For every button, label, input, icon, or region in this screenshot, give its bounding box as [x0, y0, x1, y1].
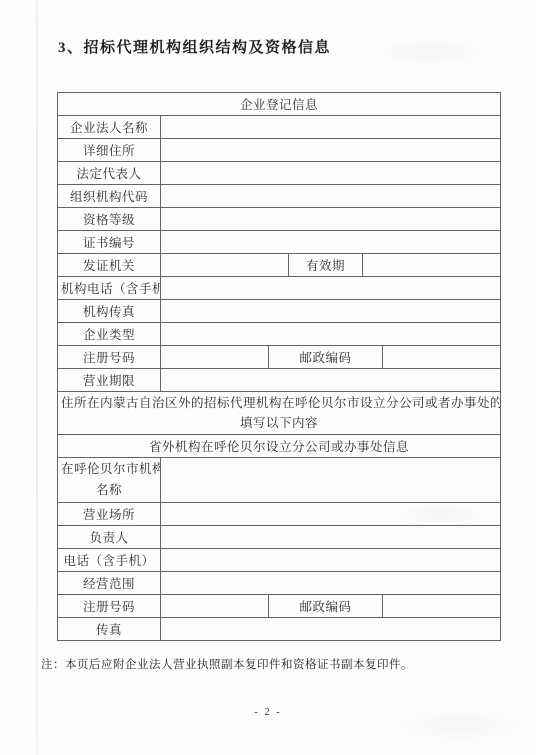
footer-note: 注：本页后应附企业法人营业执照副本复印件和资格证书副本复印件。	[41, 656, 413, 672]
row-value	[161, 369, 501, 392]
table-row: 证书编号	[58, 231, 501, 254]
row-value	[161, 323, 501, 346]
row-value	[161, 572, 501, 595]
row-label: 企业类型	[58, 323, 161, 346]
row-value	[161, 277, 501, 300]
row-label: 法定代表人	[58, 162, 161, 185]
row-value	[161, 162, 501, 185]
row-label: 详细住所	[58, 139, 161, 162]
row-label: 经营范围	[58, 572, 161, 595]
row-value	[383, 595, 501, 618]
table-row: 企业类型	[58, 323, 501, 346]
table-row: 负责人	[58, 526, 501, 549]
row-value	[161, 346, 269, 369]
table-row: 注册号码 邮政编码	[58, 595, 501, 618]
table-row: 在呼伦贝尔市机构 名称	[58, 458, 501, 503]
scanned-document-page: 3、招标代理机构组织结构及资格信息 企业登记信息 企业法人名称 详细住所 法定代…	[0, 0, 536, 755]
table-row: 详细住所	[58, 139, 501, 162]
section2-header: 省外机构在呼伦贝尔设立分公司或办事处信息	[58, 435, 501, 458]
registration-form-table: 企业登记信息 企业法人名称 详细住所 法定代表人 组织机构代码 资格等级	[57, 92, 501, 641]
table-row: 企业法人名称	[58, 116, 501, 139]
row-value	[161, 618, 501, 641]
row-value	[161, 549, 501, 572]
merged-instruction: 住所在内蒙古自治区外的招标代理机构在呼伦贝尔市设立分公司或者办事处的必须 填写以…	[58, 392, 501, 435]
table-row: 营业期限	[58, 369, 501, 392]
row-label: 注册号码	[58, 595, 161, 618]
scan-fold-line	[36, 0, 38, 755]
table-row: 住所在内蒙古自治区外的招标代理机构在呼伦贝尔市设立分公司或者办事处的必须 填写以…	[58, 392, 501, 435]
row-label: 在呼伦贝尔市机构 名称	[58, 458, 161, 503]
row-value	[363, 254, 501, 277]
row-value	[161, 254, 289, 277]
row-label: 资格等级	[58, 208, 161, 231]
row-value	[161, 116, 501, 139]
row-label: 传真	[58, 618, 161, 641]
table-row: 电话（含手机）	[58, 549, 501, 572]
section1-header: 企业登记信息	[58, 93, 501, 116]
merged-instruction-line1: 住所在内蒙古自治区外的招标代理机构在呼伦贝尔市设立分公司或者办事处的必须	[61, 393, 497, 413]
row-value	[161, 208, 501, 231]
row-label: 机构传真	[58, 300, 161, 323]
row-value	[161, 526, 501, 549]
page-number: - 2 -	[0, 707, 536, 718]
row-value	[161, 139, 501, 162]
row-label: 组织机构代码	[58, 185, 161, 208]
row-label: 企业法人名称	[58, 116, 161, 139]
table-row: 组织机构代码	[58, 185, 501, 208]
row-label: 邮政编码	[269, 346, 383, 369]
table-row: 法定代表人	[58, 162, 501, 185]
row-value	[161, 185, 501, 208]
table-row: 经营范围	[58, 572, 501, 595]
table-row: 营业场所	[58, 503, 501, 526]
row-label: 证书编号	[58, 231, 161, 254]
row-label: 有效期	[289, 254, 363, 277]
row-label: 营业期限	[58, 369, 161, 392]
footer-note-text: 本页后应附企业法人营业执照副本复印件和资格证书副本复印件。	[65, 659, 413, 671]
row-value	[161, 503, 501, 526]
page-title: 3、招标代理机构组织结构及资格信息	[58, 36, 331, 57]
row-label-line2: 名称	[61, 480, 157, 501]
table-row: 注册号码 邮政编码	[58, 346, 501, 369]
merged-instruction-line2: 填写以下内容	[61, 413, 497, 433]
row-label: 邮政编码	[269, 595, 383, 618]
row-label: 营业场所	[58, 503, 161, 526]
row-value	[383, 346, 501, 369]
table-row: 机构电话（含手机）	[58, 277, 501, 300]
row-value	[161, 231, 501, 254]
table-row: 企业登记信息	[58, 93, 501, 116]
table-row: 省外机构在呼伦贝尔设立分公司或办事处信息	[58, 435, 501, 458]
row-value	[161, 300, 501, 323]
row-label: 注册号码	[58, 346, 161, 369]
row-label: 电话（含手机）	[58, 549, 161, 572]
table-row: 传真	[58, 618, 501, 641]
row-value	[161, 458, 501, 503]
row-label: 机构电话（含手机）	[58, 277, 161, 300]
table-row: 机构传真	[58, 300, 501, 323]
table-row: 资格等级	[58, 208, 501, 231]
row-label: 发证机关	[58, 254, 161, 277]
row-label-line1: 在呼伦贝尔市机构	[61, 459, 157, 480]
row-label: 负责人	[58, 526, 161, 549]
table-row: 发证机关 有效期	[58, 254, 501, 277]
row-value	[161, 595, 269, 618]
footer-note-prefix: 注：	[41, 659, 65, 671]
